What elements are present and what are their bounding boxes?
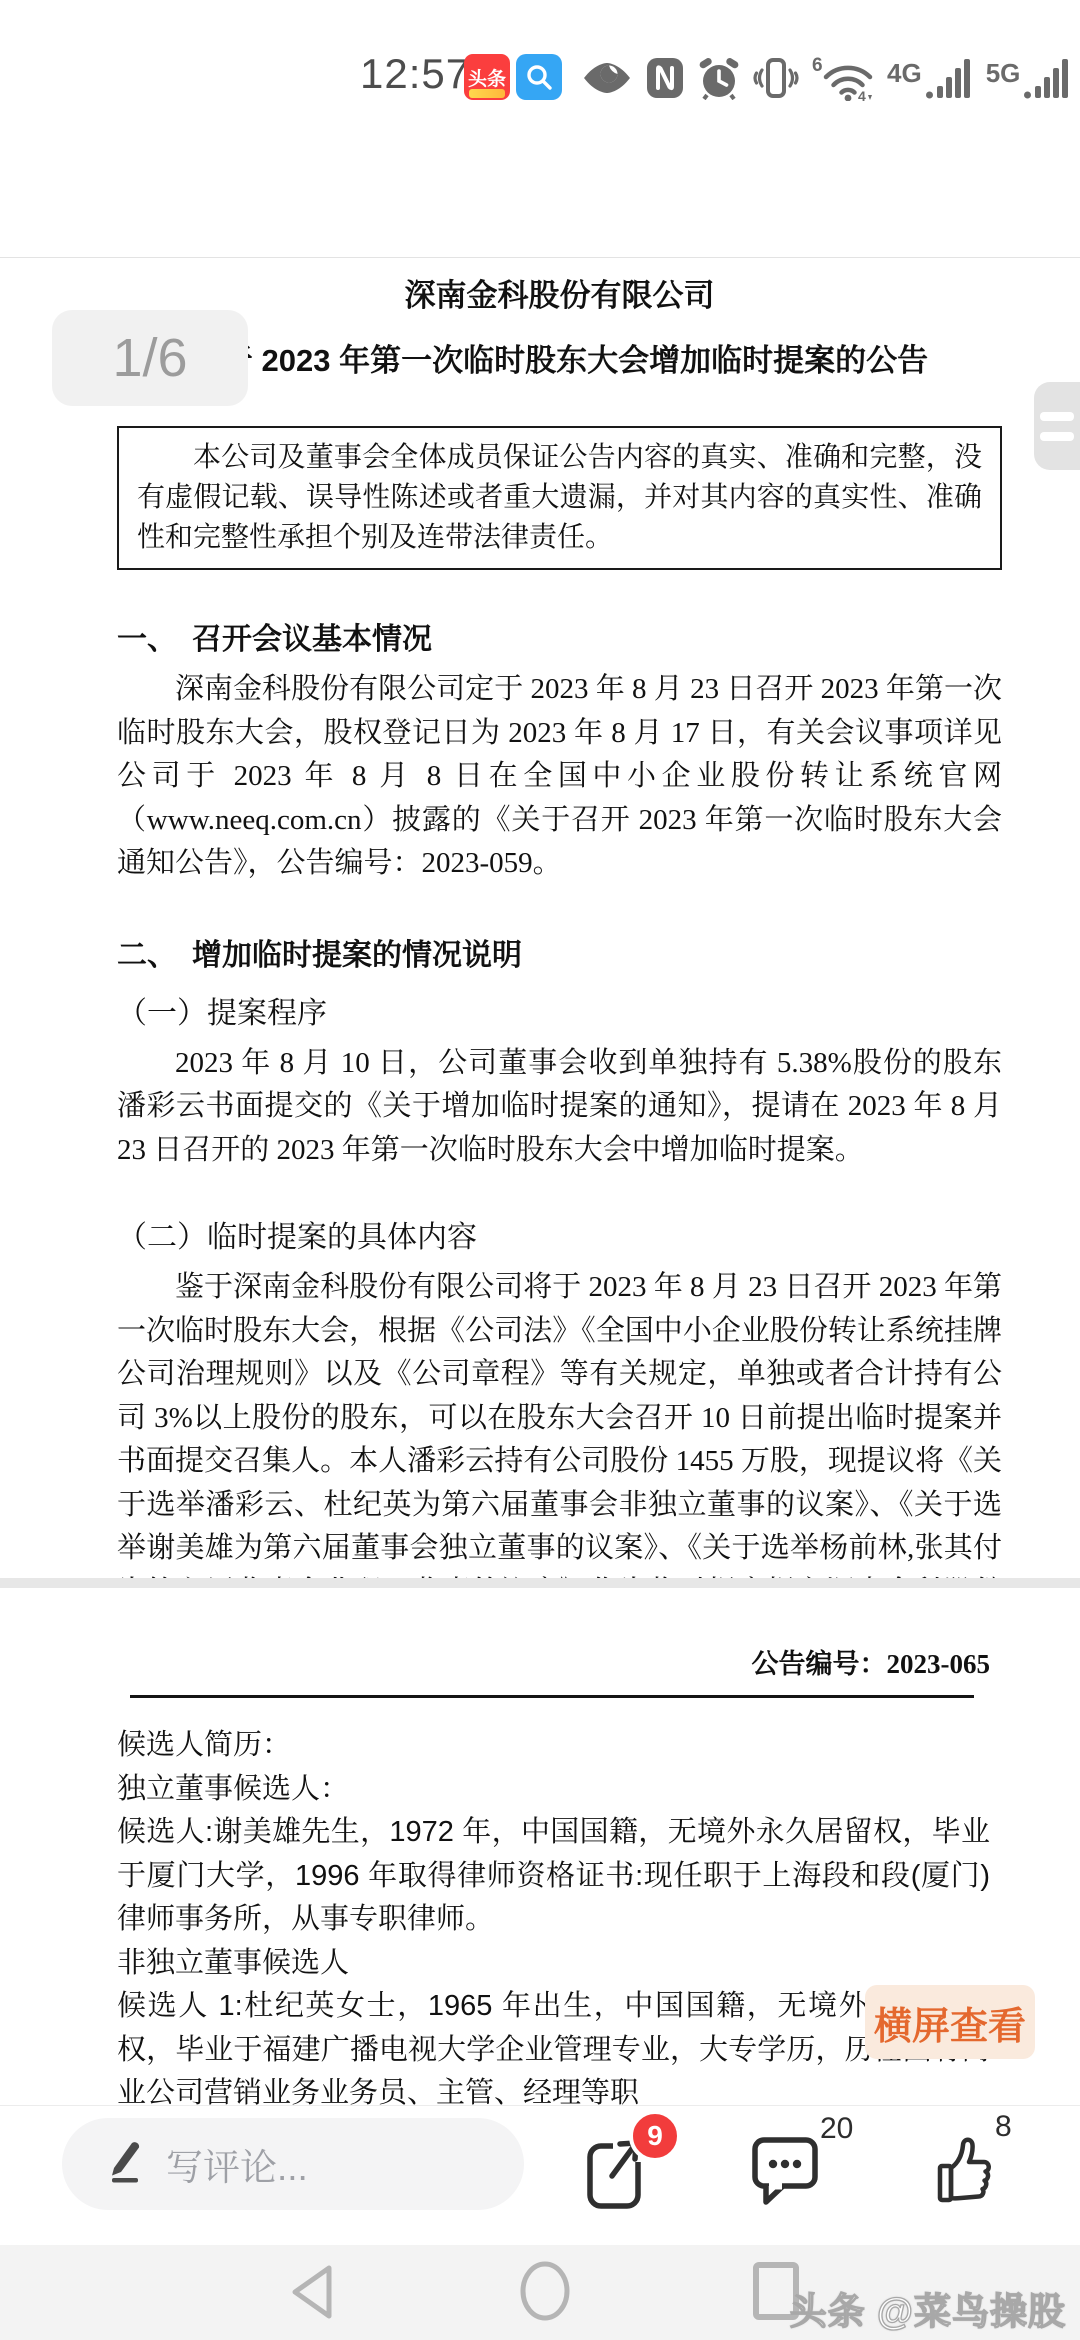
sub1-heading: （一）提案程序 bbox=[117, 988, 1002, 1032]
pencil-icon bbox=[102, 2136, 146, 2193]
nav-back-button[interactable] bbox=[285, 2261, 337, 2328]
app-header: 深南5公告 - -0.00% bbox=[0, 126, 1080, 258]
non-independent-heading: 非独立董事候选人 bbox=[117, 1942, 990, 1986]
landscape-view-button[interactable]: 横屏查看 bbox=[865, 1985, 1035, 2059]
page-indicator-badge: 1/6 bbox=[52, 310, 248, 406]
like-button[interactable]: 8 bbox=[933, 2130, 995, 2213]
svg-text:6: 6 bbox=[812, 55, 823, 76]
net-4g-label: 4G bbox=[887, 60, 922, 86]
resume-heading: 候选人简历： bbox=[117, 1724, 990, 1768]
nfc-icon bbox=[645, 56, 685, 100]
svg-text:4: 4 bbox=[858, 88, 866, 101]
section1-heading: 一、 召开会议基本情况 bbox=[117, 614, 1002, 658]
watermark: 头条 @菜鸟操股 bbox=[790, 2281, 1066, 2335]
company-name: 深南金科股份有限公司 bbox=[117, 278, 1002, 314]
share-button[interactable]: 9 bbox=[585, 2124, 645, 2215]
nav-home-button[interactable] bbox=[518, 2259, 572, 2328]
scrollbar-handle[interactable] bbox=[1034, 382, 1080, 470]
status-bar: 12:57 头条 6 4 bbox=[0, 0, 1080, 126]
comments-button[interactable]: 20 bbox=[752, 2134, 818, 2211]
share-badge: 9 bbox=[629, 2110, 681, 2162]
page-separator bbox=[0, 1578, 1080, 1588]
like-count: 8 bbox=[995, 2110, 1012, 2144]
sub2-paragraph: 鉴于深南金科股份有限公司将于 2023 年 8 月 23 日召开 2023 年第… bbox=[117, 1266, 1002, 1578]
independent-director-heading: 独立董事候选人： bbox=[117, 1768, 990, 1812]
disclaimer-box: 本公司及董事会全体成员保证公告内容的真实、准确和完整，没有虚假记载、误导性陈述或… bbox=[117, 426, 1002, 570]
comment-count: 20 bbox=[820, 2112, 853, 2146]
signal-4g-icon: 4G bbox=[887, 56, 973, 100]
bottom-comment-bar: 写评论... 9 20 8 bbox=[0, 2105, 1080, 2245]
net-5g-label: 5G bbox=[986, 60, 1021, 86]
vibrate-icon bbox=[753, 56, 799, 100]
signal-5g-icon: 5G bbox=[986, 56, 1072, 100]
search-icon bbox=[516, 54, 562, 100]
section1-paragraph: 深南金科股份有限公司定于 2023 年 8 月 23 日召开 2023 年第一次… bbox=[117, 668, 1002, 886]
document-page-1: 1/6 深南金科股份有限公司 关于 2023 年第一次临时股东大会增加临时提案的… bbox=[0, 258, 1080, 1578]
announcement-number: 公告编号：2023-065 bbox=[117, 1642, 990, 1681]
document-page-2: 公告编号：2023-065 候选人简历： 独立董事候选人： 候选人:谢美雄先生，… bbox=[0, 1588, 1080, 2105]
comment-placeholder: 写评论... bbox=[166, 2137, 308, 2191]
sub1-paragraph: 2023 年 8 月 10 日，公司董事会收到单独持有 5.38%股份的股东潘彩… bbox=[117, 1042, 1002, 1173]
announcement-title: 关于 2023 年第一次临时股东大会增加临时提案的公告 bbox=[117, 342, 1002, 380]
candidate-du-paragraph: 候选人 1:杜纪英女士，1965 年出生，中国国籍，无境外永久居留权，毕业于福建… bbox=[117, 1985, 990, 2105]
toutiao-app-icon: 头条 bbox=[464, 54, 510, 100]
horizontal-rule bbox=[130, 1695, 974, 1698]
alarm-icon bbox=[698, 56, 740, 100]
eye-protection-icon bbox=[582, 61, 632, 95]
section2-heading: 二、 增加临时提案的情况说明 bbox=[117, 930, 1002, 974]
toutiao-icon-label: 头条 bbox=[468, 64, 506, 91]
wifi-icon: 6 4 bbox=[812, 55, 874, 101]
android-nav-bar: 头条 @菜鸟操股 bbox=[0, 2245, 1080, 2340]
status-time: 12:57 bbox=[360, 50, 470, 98]
comment-input[interactable]: 写评论... bbox=[62, 2118, 524, 2210]
announcement-document[interactable]: 1/6 深南金科股份有限公司 关于 2023 年第一次临时股东大会增加临时提案的… bbox=[0, 258, 1080, 2105]
sub2-heading: （二）临时提案的具体内容 bbox=[117, 1212, 1002, 1256]
candidate-xie-paragraph: 候选人:谢美雄先生，1972 年，中国国籍，无境外永久居留权，毕业于厦门大学，1… bbox=[117, 1811, 990, 1942]
